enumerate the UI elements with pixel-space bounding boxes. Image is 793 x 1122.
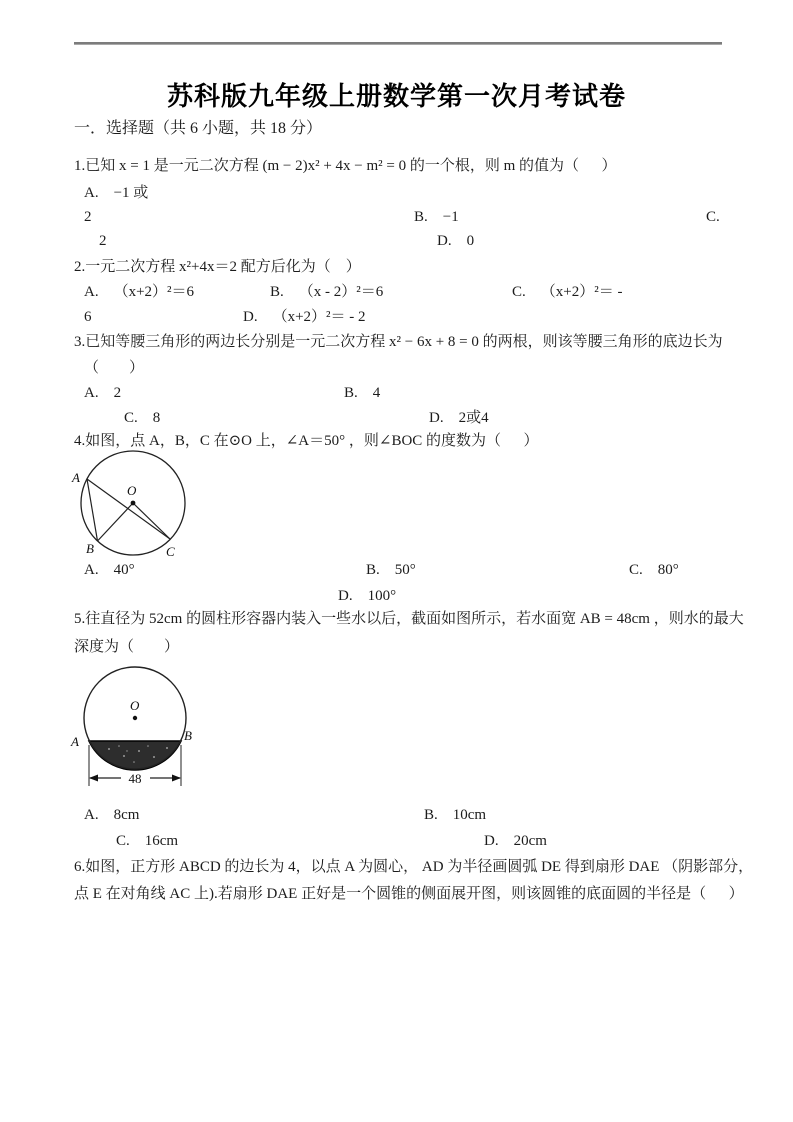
q1-option-b: B. −1 bbox=[414, 207, 459, 227]
q4-label-o: O bbox=[127, 483, 137, 498]
q4-option-c: C. 80° bbox=[629, 560, 679, 580]
page-title: 苏科版九年级上册数学第一次月考试卷 bbox=[0, 76, 793, 113]
q5-label-o: O bbox=[130, 698, 140, 713]
q2-stem: 2.一元二次方程 x²+4x＝2 配方后化为（ ） bbox=[74, 257, 361, 277]
q5-option-c: C. 16cm bbox=[116, 831, 178, 851]
q5-option-b: B. 10cm bbox=[424, 805, 486, 825]
q4-radius-oc bbox=[133, 503, 170, 539]
q5-dim-arrow-right bbox=[172, 775, 181, 782]
q3-option-b: B. 4 bbox=[344, 383, 380, 403]
q2-option-c-wrap: 6 bbox=[84, 307, 92, 327]
q4-label-b: B bbox=[86, 541, 94, 556]
q4-label-a: A bbox=[71, 470, 80, 485]
q2-option-a: A. （x+2）²＝6 bbox=[84, 282, 194, 302]
q3-option-c: C. 8 bbox=[124, 408, 160, 428]
section-heading: 一．选择题（共 6 小题，共 18 分） bbox=[74, 119, 322, 139]
q4-chord-ab bbox=[87, 479, 98, 541]
q5-option-a: A. 8cm bbox=[84, 805, 139, 825]
exam-paper-page: 苏科版九年级上册数学第一次月考试卷 一．选择题（共 6 小题，共 18 分） 1… bbox=[0, 0, 793, 1122]
q4-center-dot bbox=[131, 501, 136, 506]
q6-stem-line1: 6.如图，正方形 ABCD 的边长为 4，以点 A 为圆心， AD 为半径画圆弧… bbox=[74, 857, 753, 877]
q1-stem: 1.已知 x = 1 是一元二次方程 (m − 2)x² + 4x − m² =… bbox=[74, 156, 617, 176]
q4-option-b: B. 50° bbox=[366, 560, 416, 580]
q5-figure-water-section-diagram: O A B 48 bbox=[64, 656, 214, 796]
q6-stem-line2: 点 E 在对角线 AC 上).若扇形 DAE 正好是一个圆锥的侧面展开图，则该圆… bbox=[74, 884, 744, 904]
q5-stem-line1: 5.往直径为 52cm 的圆柱形容器内装入一些水以后，截面如图所示，若水面宽 A… bbox=[74, 609, 744, 629]
q5-stem-line2: 深度为（ ） bbox=[74, 637, 179, 657]
q5-water-segment bbox=[89, 741, 181, 770]
q3-stem-line2: （ ） bbox=[84, 358, 144, 378]
q4-radius-ob bbox=[98, 503, 134, 541]
q5-dim-value: 48 bbox=[129, 771, 142, 786]
q1-option-c: C. bbox=[706, 207, 720, 227]
q3-stem-line1: 3.已知等腰三角形的两边长分别是一元二次方程 x² − 6x + 8 = 0 的… bbox=[74, 332, 723, 352]
q5-option-d: D. 20cm bbox=[484, 831, 547, 851]
q4-figure-circle-diagram: A B C O bbox=[64, 446, 194, 564]
q5-label-b: B bbox=[184, 728, 192, 743]
q3-option-d: D. 2或4 bbox=[429, 408, 489, 428]
q4-label-c: C bbox=[166, 544, 175, 559]
q4-option-a: A. 40° bbox=[84, 560, 135, 580]
q4-option-d: D. 100° bbox=[338, 586, 396, 606]
q1-option-a: A. −1 或 bbox=[84, 183, 148, 203]
q1-option-a-wrap: 2 bbox=[84, 207, 92, 227]
header-rule bbox=[74, 42, 722, 45]
q1-option-c-wrap: 2 bbox=[99, 231, 107, 251]
q2-option-c: C. （x+2）²＝ - bbox=[512, 282, 622, 302]
q2-option-d: D. （x+2）²＝ - 2 bbox=[243, 307, 366, 327]
q5-center-dot bbox=[133, 716, 137, 720]
q5-dim-arrow-left bbox=[89, 775, 98, 782]
q5-label-a: A bbox=[70, 734, 79, 749]
q1-option-d: D. 0 bbox=[437, 231, 474, 251]
q2-option-b: B. （x - 2）²＝6 bbox=[270, 282, 383, 302]
q3-option-a: A. 2 bbox=[84, 383, 121, 403]
